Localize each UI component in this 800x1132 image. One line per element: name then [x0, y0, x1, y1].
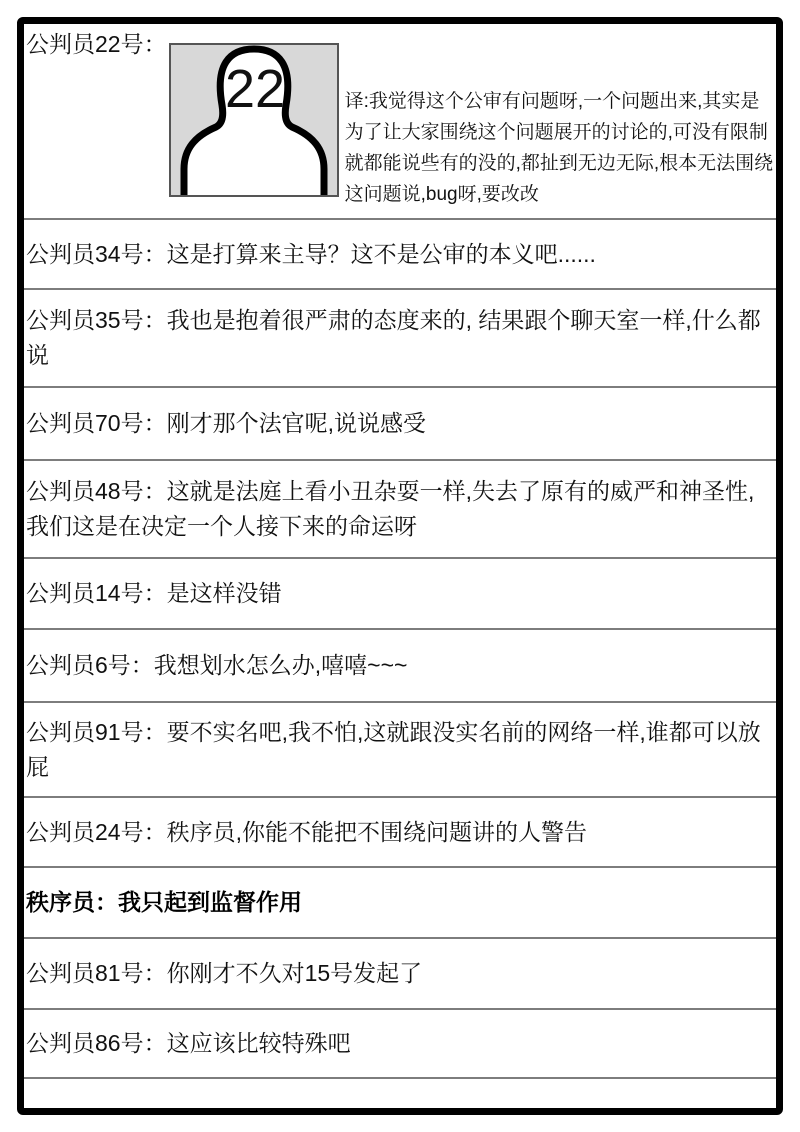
message-row: 公判员81号：你刚才不久对15号发起了	[24, 939, 776, 1010]
message-text: 公判员81号：你刚才不久对15号发起了	[24, 956, 426, 991]
message-body: 这是打算来主导？这不是公审的本义吧......	[167, 241, 596, 267]
message-row-moderator: 秩序员：我只起到监督作用	[24, 868, 776, 939]
avatar-number: 22	[225, 59, 285, 119]
person-bust-icon: 22	[171, 45, 337, 195]
message-row: 公判员24号：秩序员,你能不能把不围绕问题讲的人警告	[24, 798, 776, 868]
page-frame: 公判员22号： 22 译:我觉得这个公审有问题呀,一个问题出来,其实是为了让大家…	[17, 17, 783, 1115]
avatar: 22	[169, 43, 339, 197]
empty-row	[24, 1079, 776, 1108]
message-row: 公判员48号：这就是法庭上看小丑杂耍一样,失去了原有的威严和神圣性,我们这是在决…	[24, 461, 776, 559]
message-row: 公判员70号：刚才那个法官呢,说说感受	[24, 388, 776, 461]
message-text: 公判员91号：要不实名吧,我不怕,这就跟没实名前的网络一样,谁都可以放屁	[24, 715, 776, 785]
message-text: 公判员70号：刚才那个法官呢,说说感受	[24, 406, 430, 441]
speaker-label: 公判员6号：	[26, 652, 154, 678]
message-row: 公判员14号：是这样没错	[24, 559, 776, 630]
message-row: 公判员35号：我也是抱着很严肃的态度来的, 结果跟个聊天室一样,什么都说	[24, 290, 776, 388]
message-body: 是这样没错	[167, 580, 282, 606]
speaker-label: 公判员70号：	[26, 410, 167, 436]
message-text: 公判员24号：秩序员,你能不能把不围绕问题讲的人警告	[24, 815, 591, 850]
speaker-label: 公判员22号：	[24, 30, 167, 59]
message-body: 我想划水怎么办,嘻嘻~~~	[154, 652, 408, 678]
speaker-label: 公判员14号：	[26, 580, 167, 606]
speaker-label: 公判员24号：	[26, 819, 167, 845]
speaker-label: 公判员86号：	[26, 1030, 167, 1056]
message-text: 公判员35号：我也是抱着很严肃的态度来的, 结果跟个聊天室一样,什么都说	[24, 303, 776, 373]
message-text: 秩序员：我只起到监督作用	[24, 885, 306, 920]
speaker-label: 公判员81号：	[26, 960, 167, 986]
message-row: 公判员34号：这是打算来主导？这不是公审的本义吧......	[24, 220, 776, 290]
message-body: 刚才那个法官呢,说说感受	[167, 410, 426, 436]
message-body: 我只起到监督作用	[118, 889, 302, 915]
speaker-label: 公判员34号：	[26, 241, 167, 267]
message-text: 公判员34号：这是打算来主导？这不是公审的本义吧......	[24, 237, 600, 272]
translation-text: 译:我觉得这个公审有问题呀,一个问题出来,其实是为了让大家围绕这个问题展开的讨论…	[345, 86, 776, 210]
message-row-featured: 公判员22号： 22 译:我觉得这个公审有问题呀,一个问题出来,其实是为了让大家…	[24, 24, 776, 220]
speaker-label: 秩序员：	[26, 889, 118, 915]
message-body: 秩序员,你能不能把不围绕问题讲的人警告	[167, 819, 587, 845]
speaker-label: 公判员91号：	[26, 719, 167, 745]
message-body: 你刚才不久对15号发起了	[167, 960, 423, 986]
message-row: 公判员6号：我想划水怎么办,嘻嘻~~~	[24, 630, 776, 703]
message-text: 公判员48号：这就是法庭上看小丑杂耍一样,失去了原有的威严和神圣性,我们这是在决…	[24, 474, 776, 544]
message-text: 公判员86号：这应该比较特殊吧	[24, 1026, 355, 1061]
message-text: 公判员14号：是这样没错	[24, 576, 286, 611]
message-row: 公判员86号：这应该比较特殊吧	[24, 1010, 776, 1079]
speaker-label: 公判员35号：	[26, 307, 167, 333]
speaker-label: 公判员48号：	[26, 478, 167, 504]
message-row: 公判员91号：要不实名吧,我不怕,这就跟没实名前的网络一样,谁都可以放屁	[24, 703, 776, 798]
message-text: 公判员6号：我想划水怎么办,嘻嘻~~~	[24, 648, 411, 683]
message-body: 这应该比较特殊吧	[167, 1030, 351, 1056]
